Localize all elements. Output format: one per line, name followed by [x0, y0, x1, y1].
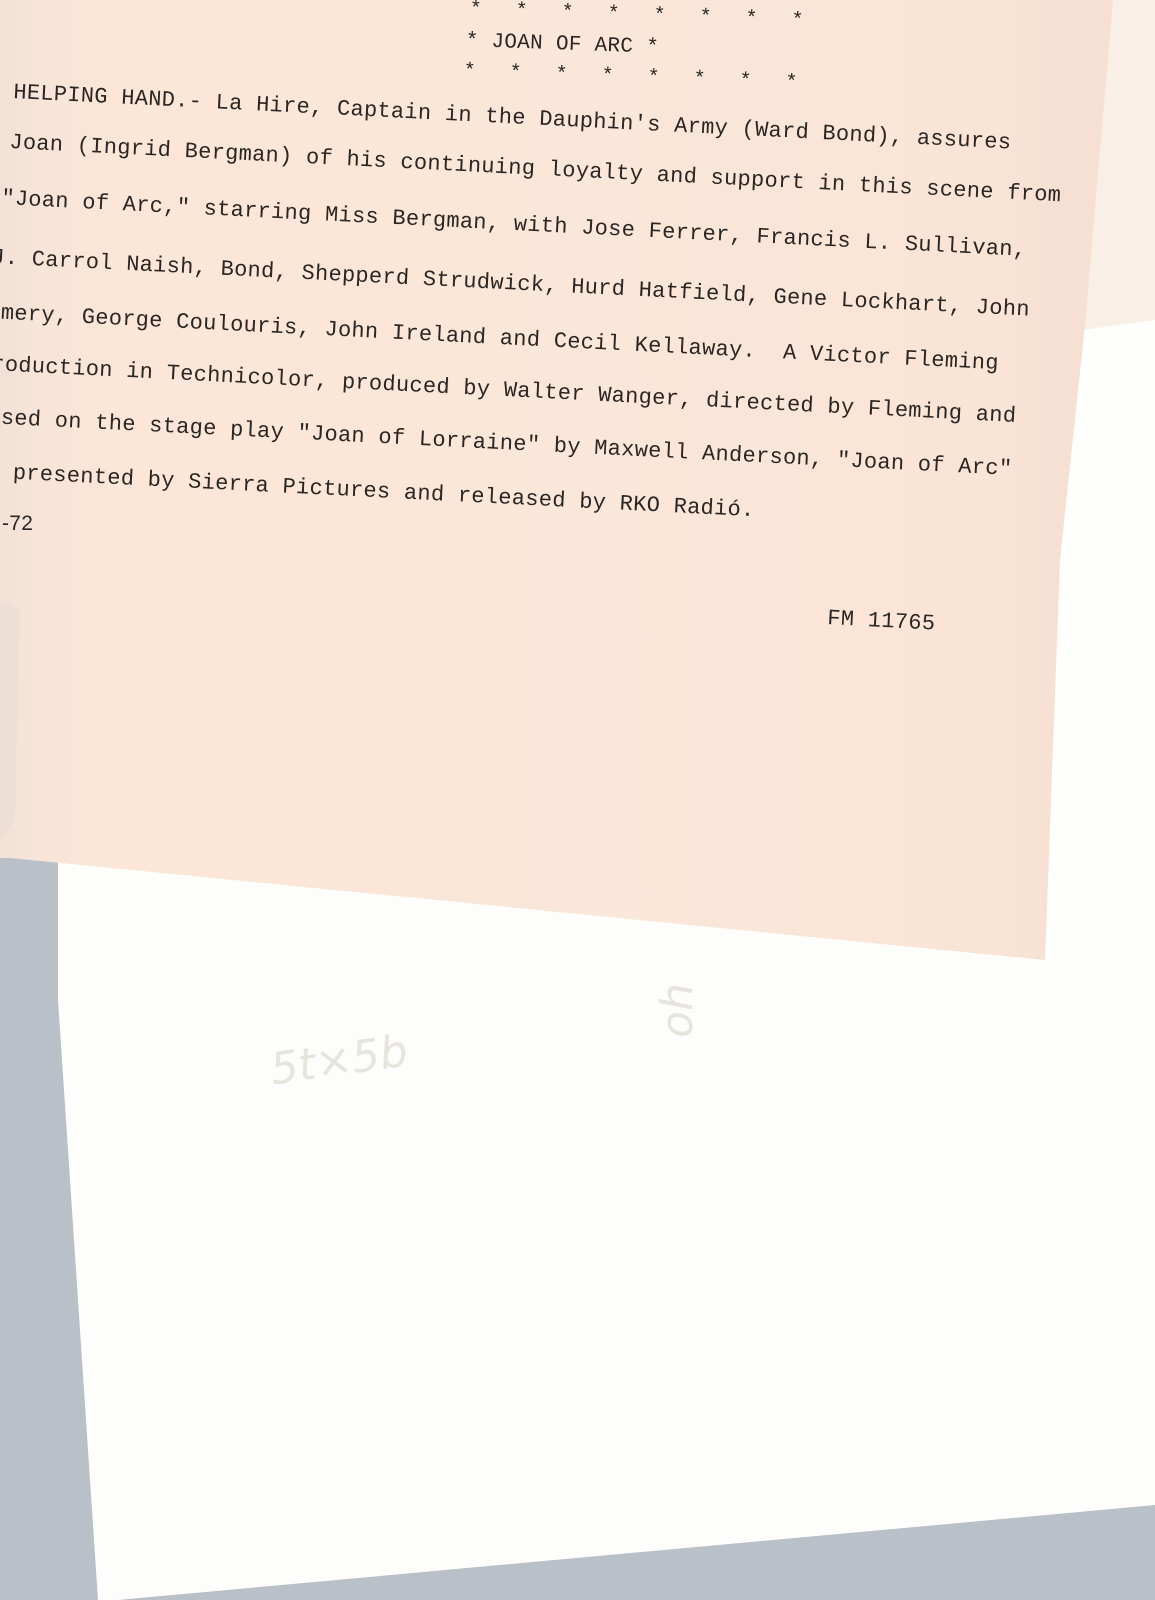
margin-number: -72 [2, 512, 33, 536]
pencil-notation-mark: oh [652, 983, 703, 1038]
